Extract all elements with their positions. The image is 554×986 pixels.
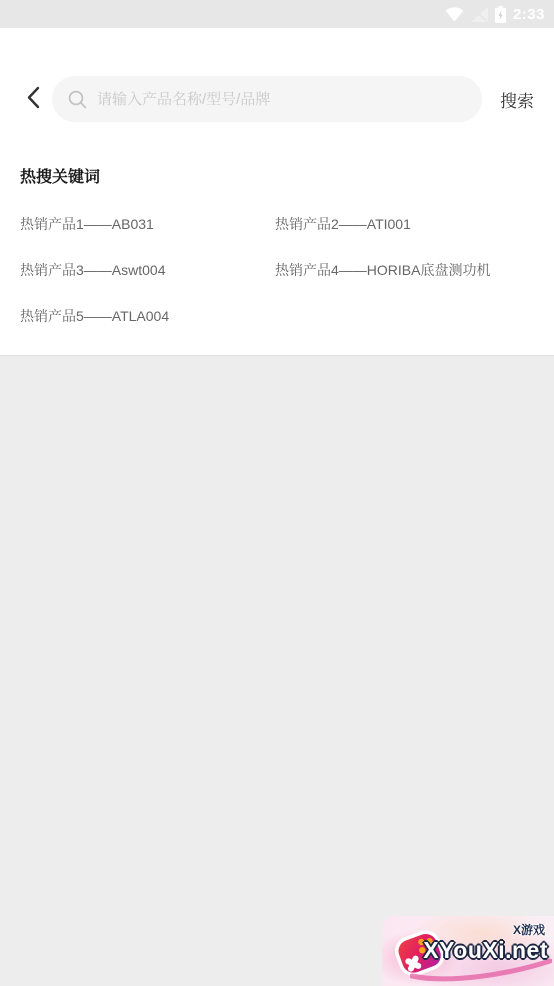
search-icon — [67, 89, 88, 110]
search-screen: 2:33 搜索 — [0, 0, 554, 986]
hot-keyword-2[interactable]: 热销产品2——ATI001 — [275, 216, 534, 232]
hot-keyword-1[interactable]: 热销产品1——AB031 — [20, 216, 275, 232]
hot-search-title: 热搜关键词 — [20, 168, 534, 187]
search-button[interactable]: 搜索 — [500, 87, 534, 112]
watermark-site-name: XYouXi.net — [423, 937, 548, 964]
watermark: X游戏 XYouXi.net — [382, 916, 554, 986]
back-button[interactable] — [14, 76, 52, 122]
search-panel: 搜索 热搜关键词 热销产品1——AB031 热销产品2——ATI001 热销产品… — [0, 28, 554, 356]
battery-charging-icon — [495, 6, 506, 23]
wifi-icon — [445, 7, 464, 22]
keyword-grid: 热销产品1——AB031 热销产品2——ATI001 热销产品3——Aswt00… — [20, 216, 534, 324]
hot-keyword-5[interactable]: 热销产品5——ATLA004 — [20, 308, 275, 324]
status-time: 2:33 — [513, 6, 545, 23]
watermark-badge: X游戏 — [513, 921, 545, 938]
hot-keyword-3[interactable]: 热销产品3——Aswt004 — [20, 262, 275, 278]
hot-keyword-4[interactable]: 热销产品4——HORIBA底盘测功机 — [275, 262, 534, 278]
search-field[interactable] — [52, 76, 482, 122]
chevron-left-icon — [27, 86, 40, 112]
search-row: 搜索 — [0, 28, 554, 122]
search-input[interactable] — [97, 91, 467, 108]
signal-off-icon — [471, 7, 488, 22]
status-bar: 2:33 — [0, 0, 554, 28]
hot-search-section: 热搜关键词 热销产品1——AB031 热销产品2——ATI001 热销产品3——… — [0, 168, 554, 324]
